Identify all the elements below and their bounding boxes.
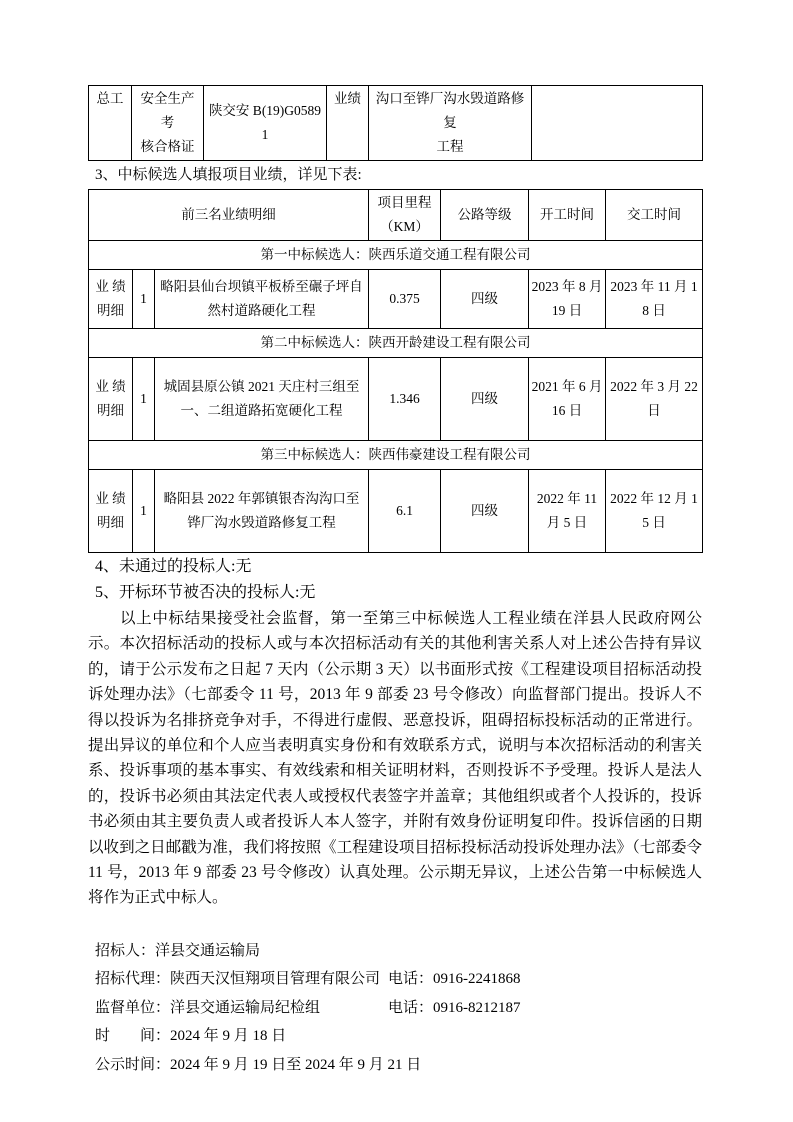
achievement-label-cell: 业绩 bbox=[327, 86, 369, 161]
date-line: 时 间：2024 年 9 月 18 日 bbox=[95, 1022, 702, 1051]
agent-phone: 电话：0916-2241868 bbox=[388, 965, 521, 994]
cert-name-cell: 安全生产考 核合格证 bbox=[132, 86, 204, 161]
document-content: 总工 安全生产考 核合格证 陕交安 B(19)G05891 业绩 沟口至铧厂沟水… bbox=[88, 85, 702, 1079]
candidate-2-cell: 第二中标候选人：陕西开龄建设工程有限公司 bbox=[89, 329, 703, 358]
end-date-cell: 2023 年 11 月 18 日 bbox=[606, 270, 703, 329]
candidate-1-cell: 第一中标候选人：陕西乐道交通工程有限公司 bbox=[89, 241, 703, 270]
results-header-row: 前三名业绩明细 项目里程 （KM） 公路等级 开工时间 交工时间 bbox=[89, 190, 703, 241]
achievement-project-cell: 沟口至铧厂沟水毁道路修复 工程 bbox=[369, 86, 532, 161]
grade-cell: 四级 bbox=[441, 358, 529, 441]
date-label: 时 间： bbox=[95, 1028, 170, 1044]
cert-number-cell: 陕交安 B(19)G05891 bbox=[204, 86, 327, 161]
continuation-row: 总工 安全生产考 核合格证 陕交安 B(19)G05891 业绩 沟口至铧厂沟水… bbox=[89, 86, 703, 161]
section5-heading: 5、开标环节被否决的投标人:无 bbox=[95, 580, 702, 605]
row-number-cell: 1 bbox=[133, 358, 155, 441]
project-name-cell: 城固县原公镇 2021 天庄村三组至一、二组道路拓宽硬化工程 bbox=[155, 358, 369, 441]
supervisor-label: 监督单位： bbox=[95, 1000, 170, 1016]
date-value: 2024 年 9 月 18 日 bbox=[170, 1028, 286, 1044]
row-label-cell: 业 绩 明细 bbox=[89, 358, 133, 441]
tenderer-value: 洋县交通运输局 bbox=[155, 943, 260, 959]
supervisor-line: 监督单位：洋县交通运输局纪检组电话：0916-8212187 bbox=[95, 994, 702, 1023]
footer-contact-block: 招标人：洋县交通运输局 招标代理：陕西天汉恒翔项目管理有限公司电话：0916-2… bbox=[95, 937, 702, 1080]
role-cell: 总工 bbox=[89, 86, 132, 161]
agent-phone-number: 0916-2241868 bbox=[433, 971, 521, 987]
project-name-cell: 略阳县 2022 年郭镇银杏沟沟口至铧厂沟水毁道路修复工程 bbox=[155, 470, 369, 553]
mileage-cell: 1.346 bbox=[369, 358, 441, 441]
row-number-cell: 1 bbox=[133, 270, 155, 329]
mileage-cell: 6.1 bbox=[369, 470, 441, 553]
row-number-cell: 1 bbox=[133, 470, 155, 553]
start-date-cell: 2023 年 8 月 19 日 bbox=[529, 270, 606, 329]
section4-heading: 4、未通过的投标人:无 bbox=[95, 554, 702, 579]
table-row: 业 绩 明细 1 略阳县仙台坝镇平板桥至碾子坪自然村道路硬化工程 0.375 四… bbox=[89, 270, 703, 329]
start-date-cell: 2021 年 6 月 16 日 bbox=[529, 358, 606, 441]
document-page: 总工 安全生产考 核合格证 陕交安 B(19)G05891 业绩 沟口至铧厂沟水… bbox=[0, 0, 793, 1122]
table-row: 业 绩 明细 1 略阳县 2022 年郭镇银杏沟沟口至铧厂沟水毁道路修复工程 6… bbox=[89, 470, 703, 553]
header-mileage-cell: 项目里程 （KM） bbox=[369, 190, 441, 241]
publicity-value: 2024 年 9 月 19 日至 2024 年 9 月 21 日 bbox=[170, 1057, 421, 1073]
supervision-notice-paragraph: 以上中标结果接受社会监督，第一至第三中标候选人工程业绩在洋县人民政府网公示。本次… bbox=[88, 606, 702, 911]
agent-value: 陕西天汉恒翔项目管理有限公司 bbox=[170, 971, 380, 987]
section3-heading: 3、中标候选人填报项目业绩，详见下表: bbox=[95, 163, 702, 187]
publicity-label: 公示时间： bbox=[95, 1057, 170, 1073]
agent-label: 招标代理： bbox=[95, 971, 170, 987]
table-row: 业 绩 明细 1 城固县原公镇 2021 天庄村三组至一、二组道路拓宽硬化工程 … bbox=[89, 358, 703, 441]
header-end-cell: 交工时间 bbox=[606, 190, 703, 241]
empty-cell bbox=[532, 86, 703, 161]
candidate-row: 第二中标候选人：陕西开龄建设工程有限公司 bbox=[89, 329, 703, 358]
end-date-cell: 2022 年 3 月 22 日 bbox=[606, 358, 703, 441]
candidate-3-cell: 第三中标候选人：陕西伟豪建设工程有限公司 bbox=[89, 441, 703, 470]
row-label-cell: 业 绩 明细 bbox=[89, 270, 133, 329]
header-detail-cell: 前三名业绩明细 bbox=[89, 190, 369, 241]
tenderer-line: 招标人：洋县交通运输局 bbox=[95, 937, 702, 966]
project-name-cell: 略阳县仙台坝镇平板桥至碾子坪自然村道路硬化工程 bbox=[155, 270, 369, 329]
candidate-row: 第一中标候选人：陕西乐道交通工程有限公司 bbox=[89, 241, 703, 270]
continuation-table: 总工 安全生产考 核合格证 陕交安 B(19)G05891 业绩 沟口至铧厂沟水… bbox=[88, 85, 703, 161]
publicity-period-line: 公示时间：2024 年 9 月 19 日至 2024 年 9 月 21 日 bbox=[95, 1051, 702, 1080]
end-date-cell: 2022 年 12 月 15 日 bbox=[606, 470, 703, 553]
agent-phone-label: 电话： bbox=[388, 971, 433, 987]
header-start-cell: 开工时间 bbox=[529, 190, 606, 241]
grade-cell: 四级 bbox=[441, 270, 529, 329]
supervisor-phone-label: 电话： bbox=[388, 1000, 433, 1016]
row-label-cell: 业 绩 明细 bbox=[89, 470, 133, 553]
header-grade-cell: 公路等级 bbox=[441, 190, 529, 241]
supervisor-phone-number: 0916-8212187 bbox=[433, 1000, 521, 1016]
candidate-row: 第三中标候选人：陕西伟豪建设工程有限公司 bbox=[89, 441, 703, 470]
grade-cell: 四级 bbox=[441, 470, 529, 553]
results-table: 前三名业绩明细 项目里程 （KM） 公路等级 开工时间 交工时间 第一中标候选人… bbox=[88, 189, 703, 553]
tenderer-label: 招标人： bbox=[95, 943, 155, 959]
start-date-cell: 2022 年 11 月 5 日 bbox=[529, 470, 606, 553]
agent-line: 招标代理：陕西天汉恒翔项目管理有限公司电话：0916-2241868 bbox=[95, 965, 702, 994]
supervisor-phone: 电话：0916-8212187 bbox=[388, 994, 521, 1023]
supervisor-value: 洋县交通运输局纪检组 bbox=[170, 1000, 320, 1016]
mileage-cell: 0.375 bbox=[369, 270, 441, 329]
